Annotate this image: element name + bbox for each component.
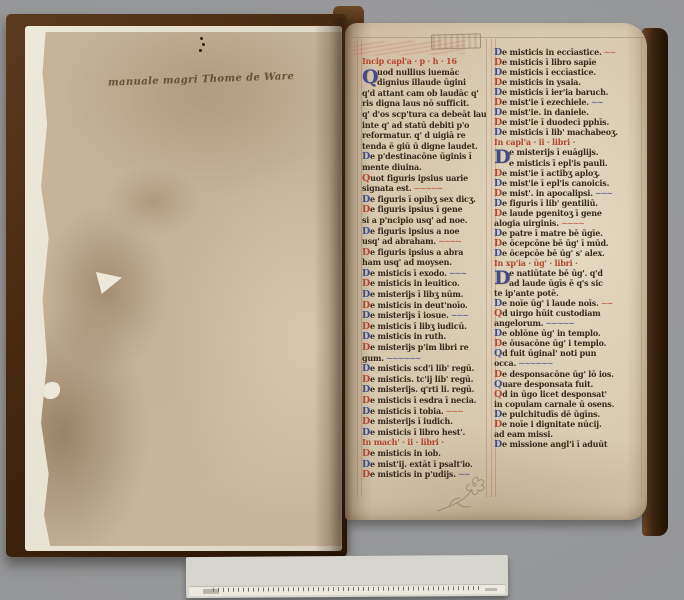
line-text: d uirgo hūit custodiam bbox=[502, 308, 600, 318]
line-text: e mist'ie ī duodecī pphīs. bbox=[502, 117, 609, 127]
text-line: De misterijs p'im libri re bbox=[362, 342, 486, 353]
colored-initial: D bbox=[362, 363, 370, 374]
text-line: angelorum.∼∼∼∼∼ bbox=[494, 318, 642, 328]
colored-initial: D bbox=[362, 459, 370, 470]
text-line: De ōusacōne ūg' i templo. bbox=[494, 338, 642, 348]
line-filler-ornament: ∼∼∼∼∼∼ bbox=[386, 353, 420, 363]
colored-initial: D bbox=[362, 416, 370, 427]
text-line: De mist'ie ī ezechiele.∼∼ bbox=[494, 97, 642, 107]
ruler-end-chip bbox=[485, 588, 497, 591]
text-line: De misticis scd'i lib' regū. bbox=[362, 363, 486, 374]
text-line: De misticis in leuitico. bbox=[362, 278, 486, 289]
text-line: De misticis in deut'noīo. bbox=[362, 300, 486, 311]
line-text: e pulchitudīs dē ūgīns. bbox=[502, 409, 600, 419]
text-line: Qd uirgo hūit custodiam bbox=[494, 308, 642, 318]
line-text: uot figuris ipsius uarie bbox=[370, 173, 468, 183]
line-text: e figuris ī opibʒ sex dicʒ. bbox=[370, 194, 476, 204]
line-text: q' d'os scp'tura ca debeāt lau bbox=[362, 109, 487, 119]
line-text: e misterijs. q'rti li. regū. bbox=[370, 384, 474, 394]
text-line: De noīe ūg' i laude noīs.∼∼ bbox=[494, 298, 642, 308]
ruling-line bbox=[486, 39, 487, 497]
text-line: De misticis ī libro sapīe bbox=[494, 57, 642, 67]
ownership-inscription: manuale magri Thome de Ware bbox=[108, 70, 318, 88]
text-line: In mach' · ii · libri · bbox=[362, 437, 486, 448]
text-line: alogia uirginis.∼∼∼∼ bbox=[494, 218, 642, 228]
line-text: e mist'ie. in daniele. bbox=[502, 107, 589, 117]
ruler-ticks bbox=[213, 586, 481, 592]
text-line: ris digna laus nō sufficit. bbox=[362, 98, 486, 109]
text-line: mente diuina. bbox=[362, 162, 486, 173]
grayscale-step bbox=[489, 557, 505, 570]
grayscale-step bbox=[378, 558, 394, 571]
grayscale-step bbox=[442, 557, 458, 570]
line-text: e misticis ī libro sapīe bbox=[502, 57, 596, 67]
color-patch bbox=[259, 571, 294, 585]
colored-initial: D bbox=[362, 300, 370, 311]
line-text: reformatur. q' d uigiā re bbox=[362, 130, 465, 140]
line-text: d fuit ūginal' noti pun bbox=[502, 348, 596, 358]
text-line: De desponsacōne ūg' lō ios. bbox=[494, 369, 642, 379]
colored-initial: D bbox=[362, 194, 370, 205]
text-line: q'd attant cam ob laudāc q' bbox=[362, 88, 486, 99]
line-text: mente diuina. bbox=[362, 162, 422, 172]
text-line: De figuris ī opibʒ sex dicʒ. bbox=[362, 194, 486, 205]
grayscale-step bbox=[363, 558, 379, 571]
colored-initial: D bbox=[362, 268, 370, 279]
line-filler-ornament: ∼∼∼ bbox=[446, 406, 463, 416]
text-line: De misticis in iob. bbox=[362, 448, 486, 459]
text-line: reformatur. q' d uigiā re bbox=[362, 130, 486, 141]
color-patch bbox=[189, 572, 224, 586]
line-text: e missione angl'i ī aduūt bbox=[502, 439, 607, 449]
text-line: De misterijs ī iudich. bbox=[362, 416, 486, 427]
color-patch bbox=[400, 570, 435, 584]
line-text: e misticis in ysaia. bbox=[502, 77, 581, 87]
line-text: e noīe ūg' i laude noīs. bbox=[502, 298, 599, 308]
color-patch bbox=[365, 571, 400, 585]
text-line: De misticis. tc'ij lib' regū. bbox=[362, 374, 486, 385]
text-line: De missione angl'i ī aduūt bbox=[494, 439, 642, 449]
text-line: De mist'ie ī epl'is canoicis. bbox=[494, 178, 642, 188]
colored-initial: D bbox=[362, 151, 370, 162]
pencil-ruling-horizontal bbox=[353, 37, 645, 38]
grayscale-step bbox=[252, 559, 268, 572]
text-line: In xp'ia · ūg' · libri · bbox=[494, 258, 642, 268]
text-line: occa.∼∼∼∼∼∼ bbox=[494, 358, 642, 368]
colored-initial: D bbox=[362, 204, 370, 215]
line-text: e mist'ie ī ezechiele. bbox=[502, 97, 589, 107]
text-line: De misticis in eccīastice.∼∼ bbox=[494, 47, 642, 57]
text-line: De mist'ie ī duodecī pphīs. bbox=[494, 117, 642, 127]
ink-speck-dots bbox=[200, 37, 203, 40]
colored-initial: D bbox=[494, 439, 502, 450]
line-text: e ōusacōne ūg' i templo. bbox=[502, 338, 606, 348]
line-text: d in ūgo licet desponsat' bbox=[502, 389, 607, 399]
text-line: De misterijs. q'rti li. regū. bbox=[362, 384, 486, 395]
line-text: e mist'ij. extāt ī psalt'io. bbox=[370, 459, 472, 469]
text-line: De oblōne ūg' in templo. bbox=[494, 328, 642, 338]
colored-initial: D bbox=[362, 427, 370, 438]
colored-initial: D bbox=[362, 469, 370, 480]
text-line: Quot figuris ipsius uarie bbox=[362, 173, 486, 184]
line-text: ham usq' ad moysen. bbox=[362, 257, 452, 267]
color-patch bbox=[294, 571, 329, 585]
text-line: De figuris ī lib' gentiliū. bbox=[494, 198, 642, 208]
line-text: e misticis ī lib' machabeoʒ. bbox=[502, 127, 618, 137]
grayscale-step bbox=[268, 558, 284, 571]
text-line: ham usq' ad moysen. bbox=[362, 257, 486, 268]
line-text: e misterijs ī iudich. bbox=[370, 416, 453, 426]
line-text: dignius illaude ūgini bbox=[377, 77, 466, 87]
text-line: ad laude ūgīs ē q's sic bbox=[494, 278, 642, 288]
line-text: ad laude ūgīs ē q's sic bbox=[509, 278, 603, 288]
text-line: dignius illaude ūgini bbox=[362, 77, 486, 88]
color-patch bbox=[470, 570, 505, 584]
colored-initial: D bbox=[362, 331, 370, 342]
line-text: e misticis ī libʒ iudicū. bbox=[370, 321, 467, 331]
text-line: De mist'ij. extāt ī psalt'io. bbox=[362, 459, 486, 470]
text-line: De laude pgenitoʒ ī gene bbox=[494, 208, 642, 218]
line-filler-ornament: ∼∼∼∼ bbox=[438, 236, 461, 246]
grayscale-step bbox=[299, 558, 315, 571]
line-text: inte q' ad statū debiti p'o bbox=[362, 120, 469, 130]
text-line: De ōcepcōe bē ūg' s' alex. bbox=[494, 248, 642, 258]
text-line: De misticis in ysaia. bbox=[494, 77, 642, 87]
text-line: De misticis ī ier'ia baruch. bbox=[494, 87, 642, 97]
line-text: e mist'. in apocalipsi. bbox=[502, 188, 593, 198]
line-text: uod nullius iuemāc bbox=[377, 67, 459, 77]
line-text: e misticis ī libro hest'. bbox=[370, 427, 465, 437]
line-text: e ōcepcōe bē ūg' s' alex. bbox=[502, 248, 605, 258]
line-text: e figuris ipsius a abra bbox=[370, 247, 463, 257]
line-text: e mist'ie ī actibʒ aploʒ. bbox=[502, 168, 600, 178]
color-patch bbox=[224, 572, 259, 586]
text-line: De noīe i dignitate nūcij. bbox=[494, 419, 642, 429]
text-line: De mist'ie ī actibʒ aploʒ. bbox=[494, 168, 642, 178]
text-line: signata est.∼∼∼∼∼ bbox=[362, 183, 486, 194]
grayscale-step bbox=[473, 557, 489, 570]
text-line: in copulam carnale ū osens. bbox=[494, 399, 642, 409]
text-line: De misticis ī libʒ iudicū. bbox=[362, 321, 486, 332]
line-text: e misterijs ī libʒ nūm. bbox=[370, 289, 463, 299]
line-text: occa. bbox=[494, 358, 516, 368]
line-text: usq' ad abraham. bbox=[362, 236, 436, 246]
text-line: Quod nullius iuemāc bbox=[362, 67, 486, 78]
colored-initial: D bbox=[362, 384, 370, 395]
color-calibration-bar bbox=[186, 555, 508, 598]
line-text: e desponsacōne ūg' lō ios. bbox=[502, 369, 614, 379]
grayscale-step bbox=[394, 558, 410, 571]
text-line: De misterijs ī euāglijs. bbox=[494, 147, 642, 157]
line-filler-ornament: ∼∼∼∼∼∼ bbox=[518, 358, 552, 368]
text-line: De p'destinacōne ūginis ī bbox=[362, 151, 486, 162]
grayscale-step bbox=[410, 557, 426, 570]
line-filler-ornament: ∼∼∼ bbox=[595, 188, 612, 198]
line-text: e figuris ī lib' gentiliū. bbox=[502, 198, 598, 208]
line-text: signata est. bbox=[362, 183, 411, 193]
photo-background: manuale magri Thome de Ware Incip capl'a… bbox=[0, 0, 684, 600]
line-text: e natiūtate bē ūg'. q'd bbox=[509, 268, 603, 278]
line-text: in copulam carnale ū osens. bbox=[494, 399, 614, 409]
text-column-2: De misticis in eccīastice.∼∼De misticis … bbox=[494, 47, 642, 449]
line-filler-ornament: ∼∼ bbox=[604, 47, 615, 57]
text-line: e misticis ī epl'is pauli. bbox=[494, 158, 642, 168]
line-filler-ornament: ∼∼ bbox=[591, 97, 602, 107]
line-text: e misterijs ī euāglijs. bbox=[509, 147, 598, 157]
ruling-line bbox=[357, 39, 358, 497]
text-line: De misticis ī lib' machabeoʒ. bbox=[494, 127, 642, 137]
text-line: De pulchitudīs dē ūgīns. bbox=[494, 409, 642, 419]
grayscale-step bbox=[315, 558, 331, 571]
text-line: De misticis ī eccīastice. bbox=[494, 67, 642, 77]
left-pastedown-page: manuale magri Thome de Ware bbox=[38, 32, 342, 546]
text-line: De misterijs ī libʒ nūm. bbox=[362, 289, 486, 300]
line-text: si a p'ncipio usq' ad noe. bbox=[362, 215, 467, 225]
line-text: e misticis in deut'noīo. bbox=[370, 300, 467, 310]
colored-initial: Q bbox=[362, 173, 370, 184]
text-line: si a p'ncipio usq' ad noe. bbox=[362, 215, 486, 226]
grayscale-step bbox=[457, 557, 473, 570]
line-text: e ōcepcōne bē ūg' ī mūd. bbox=[502, 238, 608, 248]
text-line: De patre ī matre bē ūgīe. bbox=[494, 228, 642, 238]
text-line: inte q' ad statū debiti p'o bbox=[362, 120, 486, 131]
line-text: e noīe i dignitate nūcij. bbox=[502, 419, 602, 429]
grayscale-step bbox=[284, 558, 300, 571]
text-line: ad eam missi. bbox=[494, 429, 642, 439]
pencil-shelfmark-box bbox=[431, 33, 481, 49]
line-text: q'd attant cam ob laudāc q' bbox=[362, 88, 479, 98]
colored-initial: D bbox=[362, 289, 370, 300]
text-line: gum.∼∼∼∼∼∼ bbox=[362, 353, 486, 364]
torn-parchment-patch bbox=[96, 272, 122, 294]
colored-initial: D bbox=[362, 374, 370, 385]
text-line: De natiūtate bē ūg'. q'd bbox=[494, 268, 642, 278]
grayscale-step bbox=[347, 558, 363, 571]
line-text: gum. bbox=[362, 353, 384, 363]
line-text: e misticis scd'i lib' regū. bbox=[370, 363, 474, 373]
line-filler-ornament: ∼∼∼ bbox=[451, 310, 468, 320]
colored-initial: D bbox=[362, 342, 370, 353]
line-text: e misterijs ī iosue. bbox=[370, 310, 449, 320]
colored-initial: D bbox=[362, 406, 370, 417]
line-filler-ornament: ∼∼∼∼ bbox=[561, 218, 584, 228]
text-column-1: Incip capl'a · p · h · 16Quod nullius iu… bbox=[362, 56, 486, 480]
grayscale-step bbox=[205, 559, 221, 572]
line-text: uare desponsata fuit. bbox=[502, 379, 593, 389]
line-text: tenda ē giū ū digne laudet. bbox=[362, 141, 478, 151]
line-text: e misticis in ruth. bbox=[370, 331, 446, 341]
line-text: te ip'ante potē. bbox=[494, 288, 559, 298]
line-text: e misticis in eccīastice. bbox=[502, 47, 602, 57]
line-text: e misticis. tc'ij lib' regū. bbox=[370, 374, 473, 384]
text-line: In capl'a · ii · libri · bbox=[494, 137, 642, 147]
line-text: e laude pgenitoʒ ī gene bbox=[502, 208, 602, 218]
line-filler-ornament: ∼∼∼∼∼ bbox=[545, 318, 574, 328]
text-line: De misticis in ruth. bbox=[362, 331, 486, 342]
text-line: De mist'. in apocalipsi.∼∼∼ bbox=[494, 188, 642, 198]
line-text: e figuris ipsius a noe bbox=[370, 226, 459, 236]
text-line: Qd in ūgo licet desponsat' bbox=[494, 389, 642, 399]
text-line: usq' ad abraham.∼∼∼∼ bbox=[362, 236, 486, 247]
ruler-strip bbox=[189, 584, 505, 596]
text-line: De figuris ipsius a noe bbox=[362, 226, 486, 237]
text-line: De mist'ie. in daniele. bbox=[494, 107, 642, 117]
text-line: De misticis ī esdra ī necia. bbox=[362, 395, 486, 406]
line-text: e mist'ie ī epl'is canoicis. bbox=[502, 178, 609, 188]
line-text: e misticis in iob. bbox=[370, 448, 441, 458]
line-text: e p'destinacōne ūginis ī bbox=[370, 151, 472, 161]
colored-initial: D bbox=[362, 278, 370, 289]
colored-initial: D bbox=[362, 321, 370, 332]
grayscale-step bbox=[331, 558, 347, 571]
grayscale-step bbox=[220, 559, 236, 572]
text-line: De figuris ipsius a abra bbox=[362, 247, 486, 258]
text-line: q' d'os scp'tura ca debeāt lau bbox=[362, 109, 486, 120]
text-line: De misticis ī exodo.∼∼∼ bbox=[362, 268, 486, 279]
text-line: te ip'ante potē. bbox=[494, 288, 642, 298]
line-text: e misticis ī eccīastice. bbox=[502, 67, 596, 77]
colored-initial: D bbox=[362, 226, 370, 237]
colored-initial: D bbox=[362, 395, 370, 406]
grayscale-step bbox=[236, 559, 252, 572]
text-line: De figuris ipsius ī gene bbox=[362, 204, 486, 215]
line-filler-ornament: ∼∼∼∼∼ bbox=[413, 183, 442, 193]
line-text: e misterijs p'im libri re bbox=[370, 342, 468, 352]
color-patch bbox=[435, 570, 470, 584]
color-patch bbox=[329, 571, 364, 585]
line-text: ris digna laus nō sufficit. bbox=[362, 98, 469, 108]
text-line: Qd fuit ūginal' noti pun bbox=[494, 348, 642, 358]
line-text: ad eam missi. bbox=[494, 429, 553, 439]
text-line: De ōcepcōne bē ūg' ī mūd. bbox=[494, 238, 642, 248]
ruling-line bbox=[491, 39, 492, 497]
flower-doodle bbox=[429, 473, 489, 519]
line-text: e figuris ipsius ī gene bbox=[370, 204, 462, 214]
colored-initial: D bbox=[362, 247, 370, 258]
line-text: e misticis ī exodo. bbox=[370, 268, 447, 278]
right-manuscript-page: Incip capl'a · p · h · 16Quod nullius iu… bbox=[345, 23, 647, 520]
text-line: De misticis ī tobia.∼∼∼ bbox=[362, 406, 486, 417]
text-line: tenda ē giū ū digne laudet. bbox=[362, 141, 486, 152]
line-filler-ornament: ∼∼ bbox=[601, 298, 612, 308]
grayscale-step bbox=[426, 557, 442, 570]
colored-initial: D bbox=[362, 310, 370, 321]
line-text: e misticis ī esdra ī necia. bbox=[370, 395, 476, 405]
gutter-shadow bbox=[314, 18, 352, 552]
line-text: e misticis in leuitico. bbox=[370, 278, 459, 288]
line-text: Incip capl'a · p · h · 16 bbox=[362, 56, 457, 66]
line-text: e misticis ī epl'is pauli. bbox=[509, 158, 607, 168]
text-line: Incip capl'a · p · h · 16 bbox=[362, 56, 486, 67]
text-line: De misticis ī libro hest'. bbox=[362, 427, 486, 438]
line-text: e oblōne ūg' in templo. bbox=[502, 328, 600, 338]
colored-initial: D bbox=[362, 448, 370, 459]
text-line: De misterijs ī iosue.∼∼∼ bbox=[362, 310, 486, 321]
line-filler-ornament: ∼∼∼ bbox=[449, 268, 466, 278]
text-line: Quare desponsata fuit. bbox=[494, 379, 642, 389]
grayscale-step bbox=[189, 559, 205, 572]
line-text: In mach' · ii · libri · bbox=[362, 437, 444, 447]
line-text: angelorum. bbox=[494, 318, 543, 328]
line-text: e misticis ī tobia. bbox=[370, 406, 443, 416]
line-text: e misticis ī ier'ia baruch. bbox=[502, 87, 608, 97]
line-text: alogia uirginis. bbox=[494, 218, 559, 228]
line-text: e patre ī matre bē ūgīe. bbox=[502, 228, 603, 238]
